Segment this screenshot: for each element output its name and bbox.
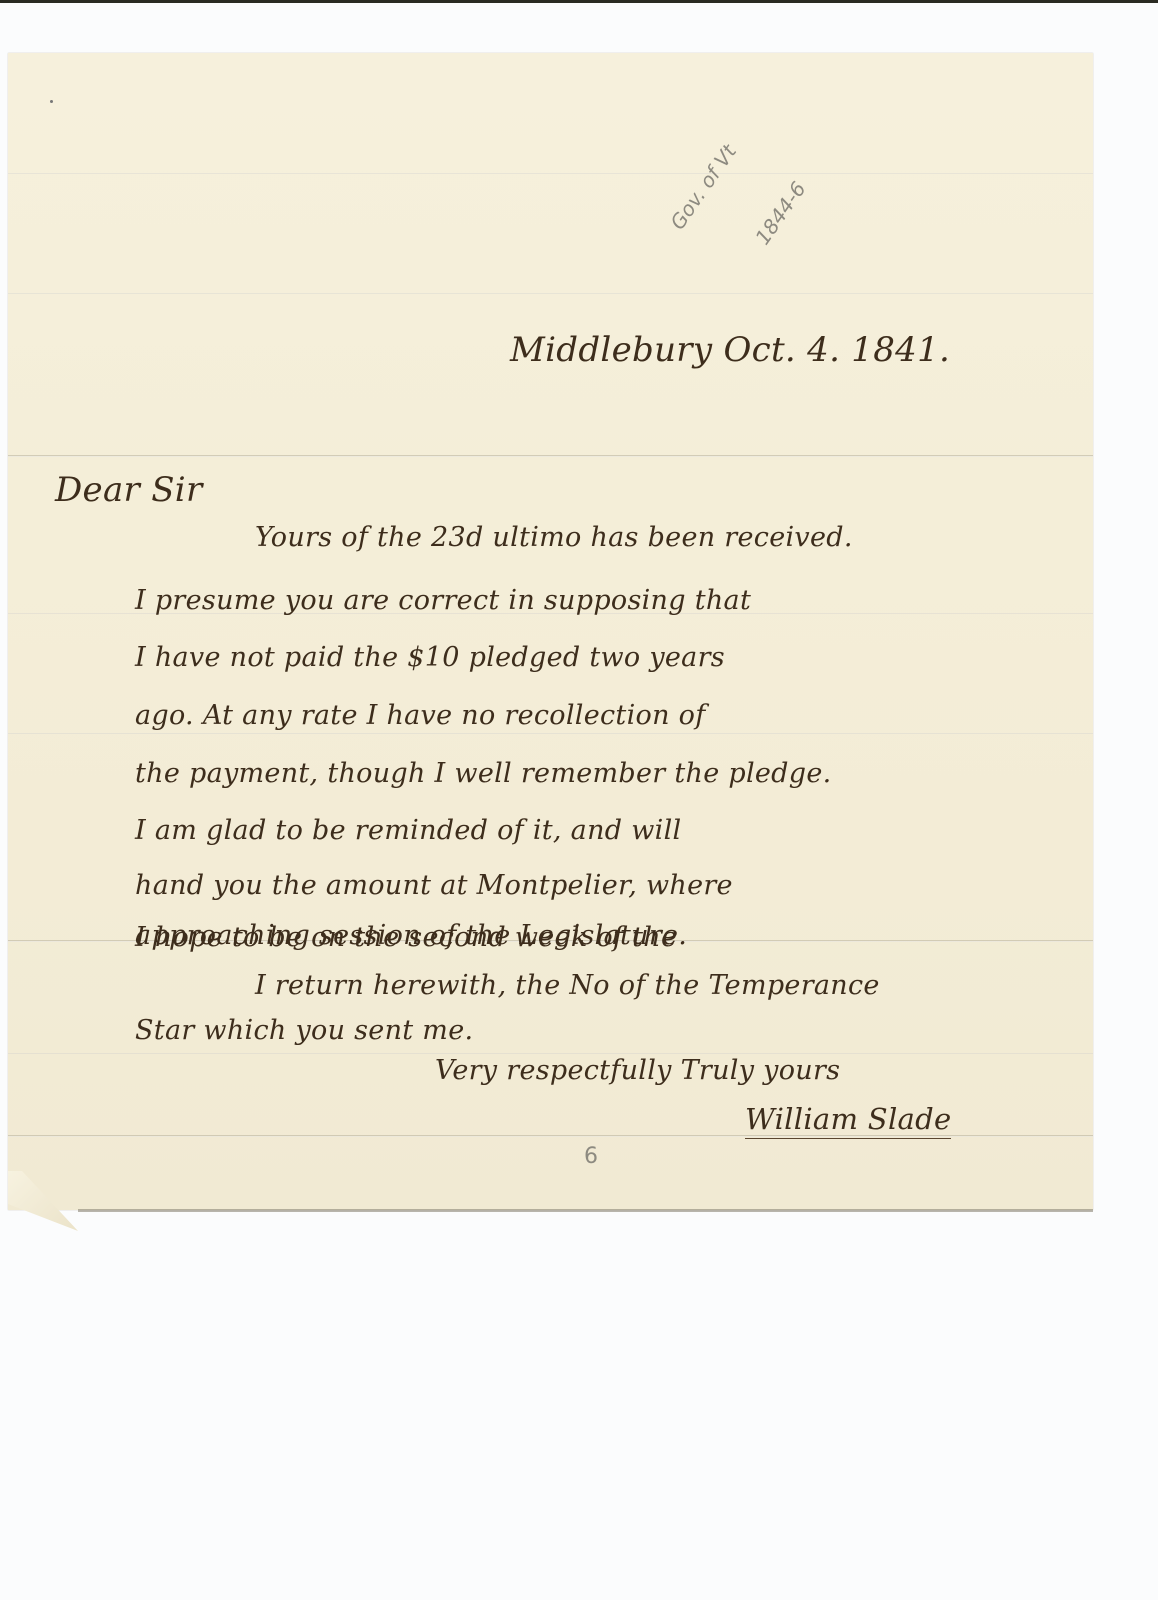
body-line: I have not paid the $10 pledged two year…: [135, 642, 725, 673]
signature: William Slade: [745, 1102, 951, 1139]
body-line: Yours of the 23d ultimo has been receive…: [255, 522, 853, 553]
salutation: Dear Sir: [55, 470, 203, 510]
ruling-line: [8, 1053, 1093, 1054]
deckled-bottom-edge: [78, 1209, 1093, 1212]
body-line: hand you the amount at Montpelier, where: [135, 870, 733, 901]
complimentary-close: Very respectfully Truly yours: [435, 1055, 840, 1086]
page-number: 6: [584, 1144, 598, 1169]
dateline: Middlebury Oct. 4. 1841.: [510, 330, 950, 370]
scan-top-edge: [0, 0, 1158, 3]
dog-eared-corner: [8, 1171, 78, 1231]
body-line: I return herewith, the No of the Tempera…: [255, 970, 880, 1001]
body-line: approaching session of the Legislature.: [135, 920, 687, 951]
body-line: the payment, though I well remember the …: [135, 758, 832, 789]
body-line: ago. At any rate I have no recollection …: [135, 700, 706, 731]
fold-crease: [8, 455, 1093, 457]
body-line: Star which you sent me.: [135, 1015, 473, 1046]
ruling-line: [8, 173, 1093, 174]
ruling-line: [8, 733, 1093, 734]
ruling-line: [8, 293, 1093, 294]
body-line: I presume you are correct in supposing t…: [135, 585, 751, 616]
ink-speck: [50, 100, 53, 103]
body-line: I am glad to be reminded of it, and will: [135, 815, 681, 846]
